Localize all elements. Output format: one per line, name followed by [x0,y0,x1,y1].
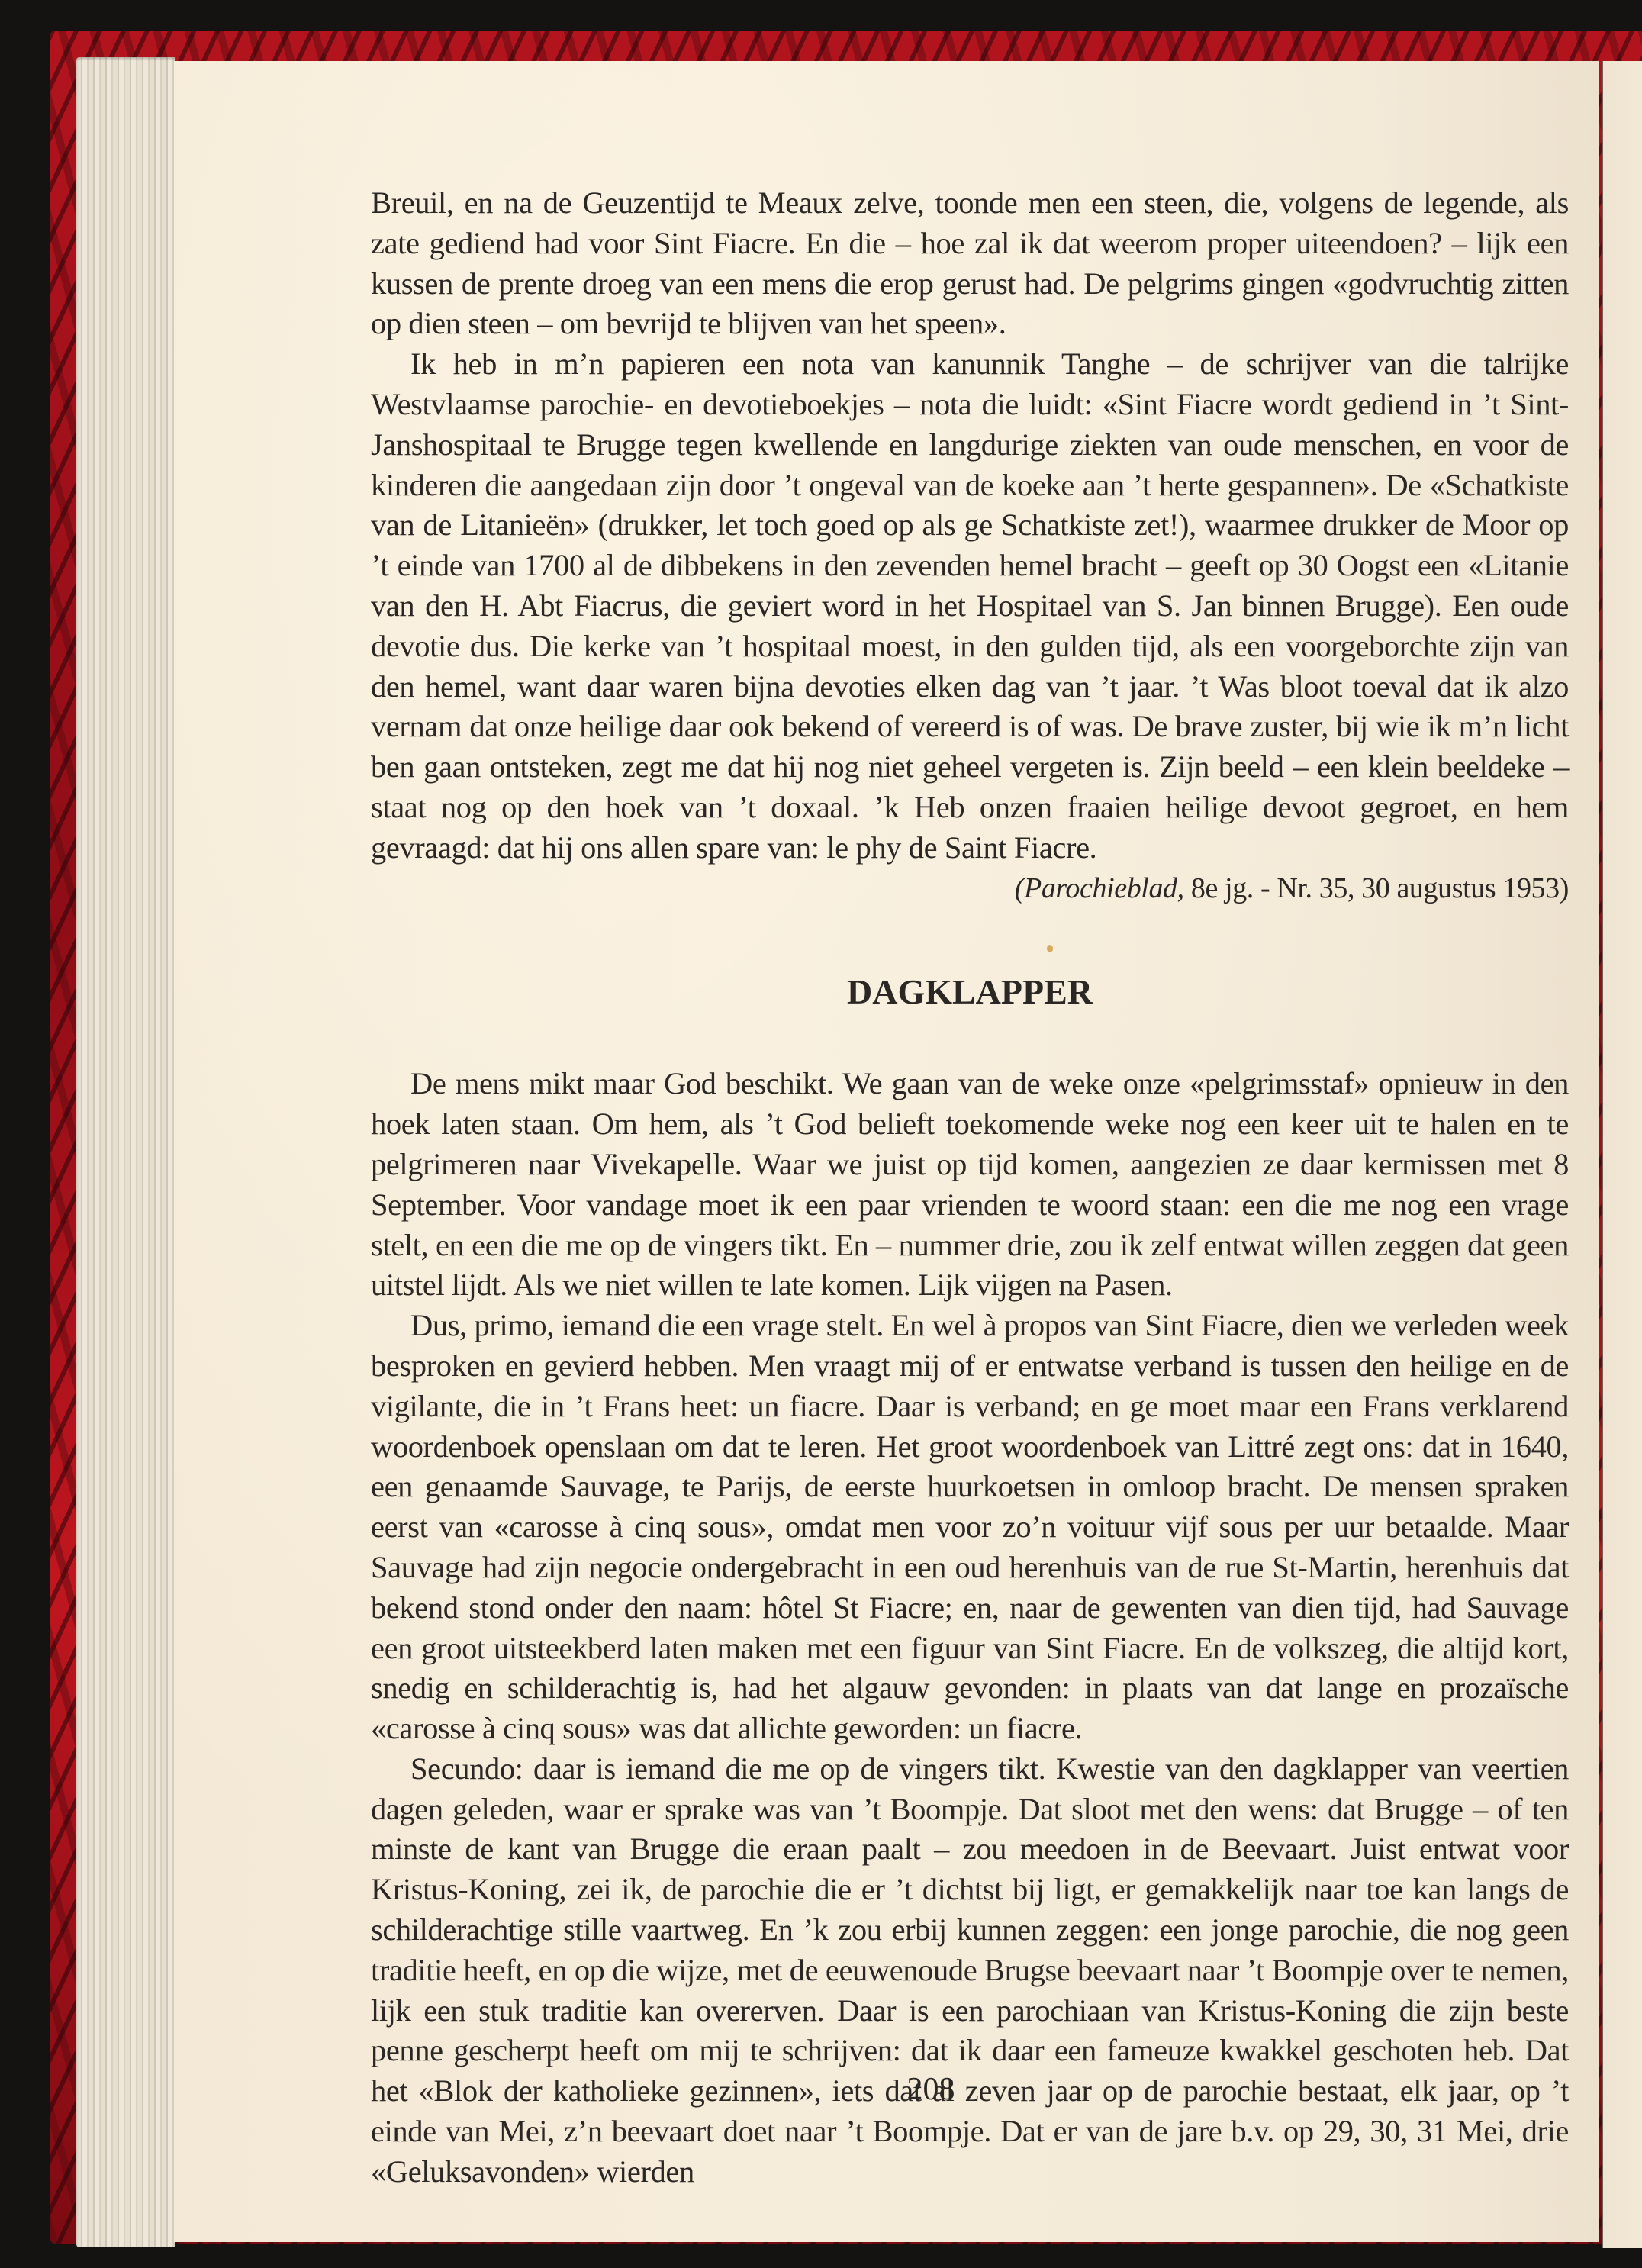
continuation-paragraph-1: Breuil, en na de Geuzentijd te Meaux zel… [371,183,1569,344]
article-paragraph-1: De mens mikt maar God beschikt. We gaan … [371,1064,1569,1306]
page-text: Breuil, en na de Geuzentijd te Meaux zel… [371,183,1569,2192]
page-edges-stack [76,57,175,2247]
citation-open-paren: ( [1015,872,1024,904]
source-citation: (Parochieblad, 8e jg. - Nr. 35, 30 augus… [371,868,1569,909]
citation-details: 8e jg. - Nr. 35, 30 augustus 1953) [1184,872,1569,904]
article-paragraph-3: Secundo: daar is iemand die me op de vin… [371,1749,1569,2192]
article-paragraph-2: Dus, primo, iemand die een vrage stelt. … [371,1306,1569,1749]
facing-page-edge [1602,61,1642,2248]
section-title: DAGKLAPPER [371,971,1569,1013]
continuation-paragraph-2: Ik heb in m’n papieren een nota van kanu… [371,344,1569,868]
citation-publication: Parochieblad, [1024,872,1184,904]
page-number: 208 [885,2071,977,2108]
